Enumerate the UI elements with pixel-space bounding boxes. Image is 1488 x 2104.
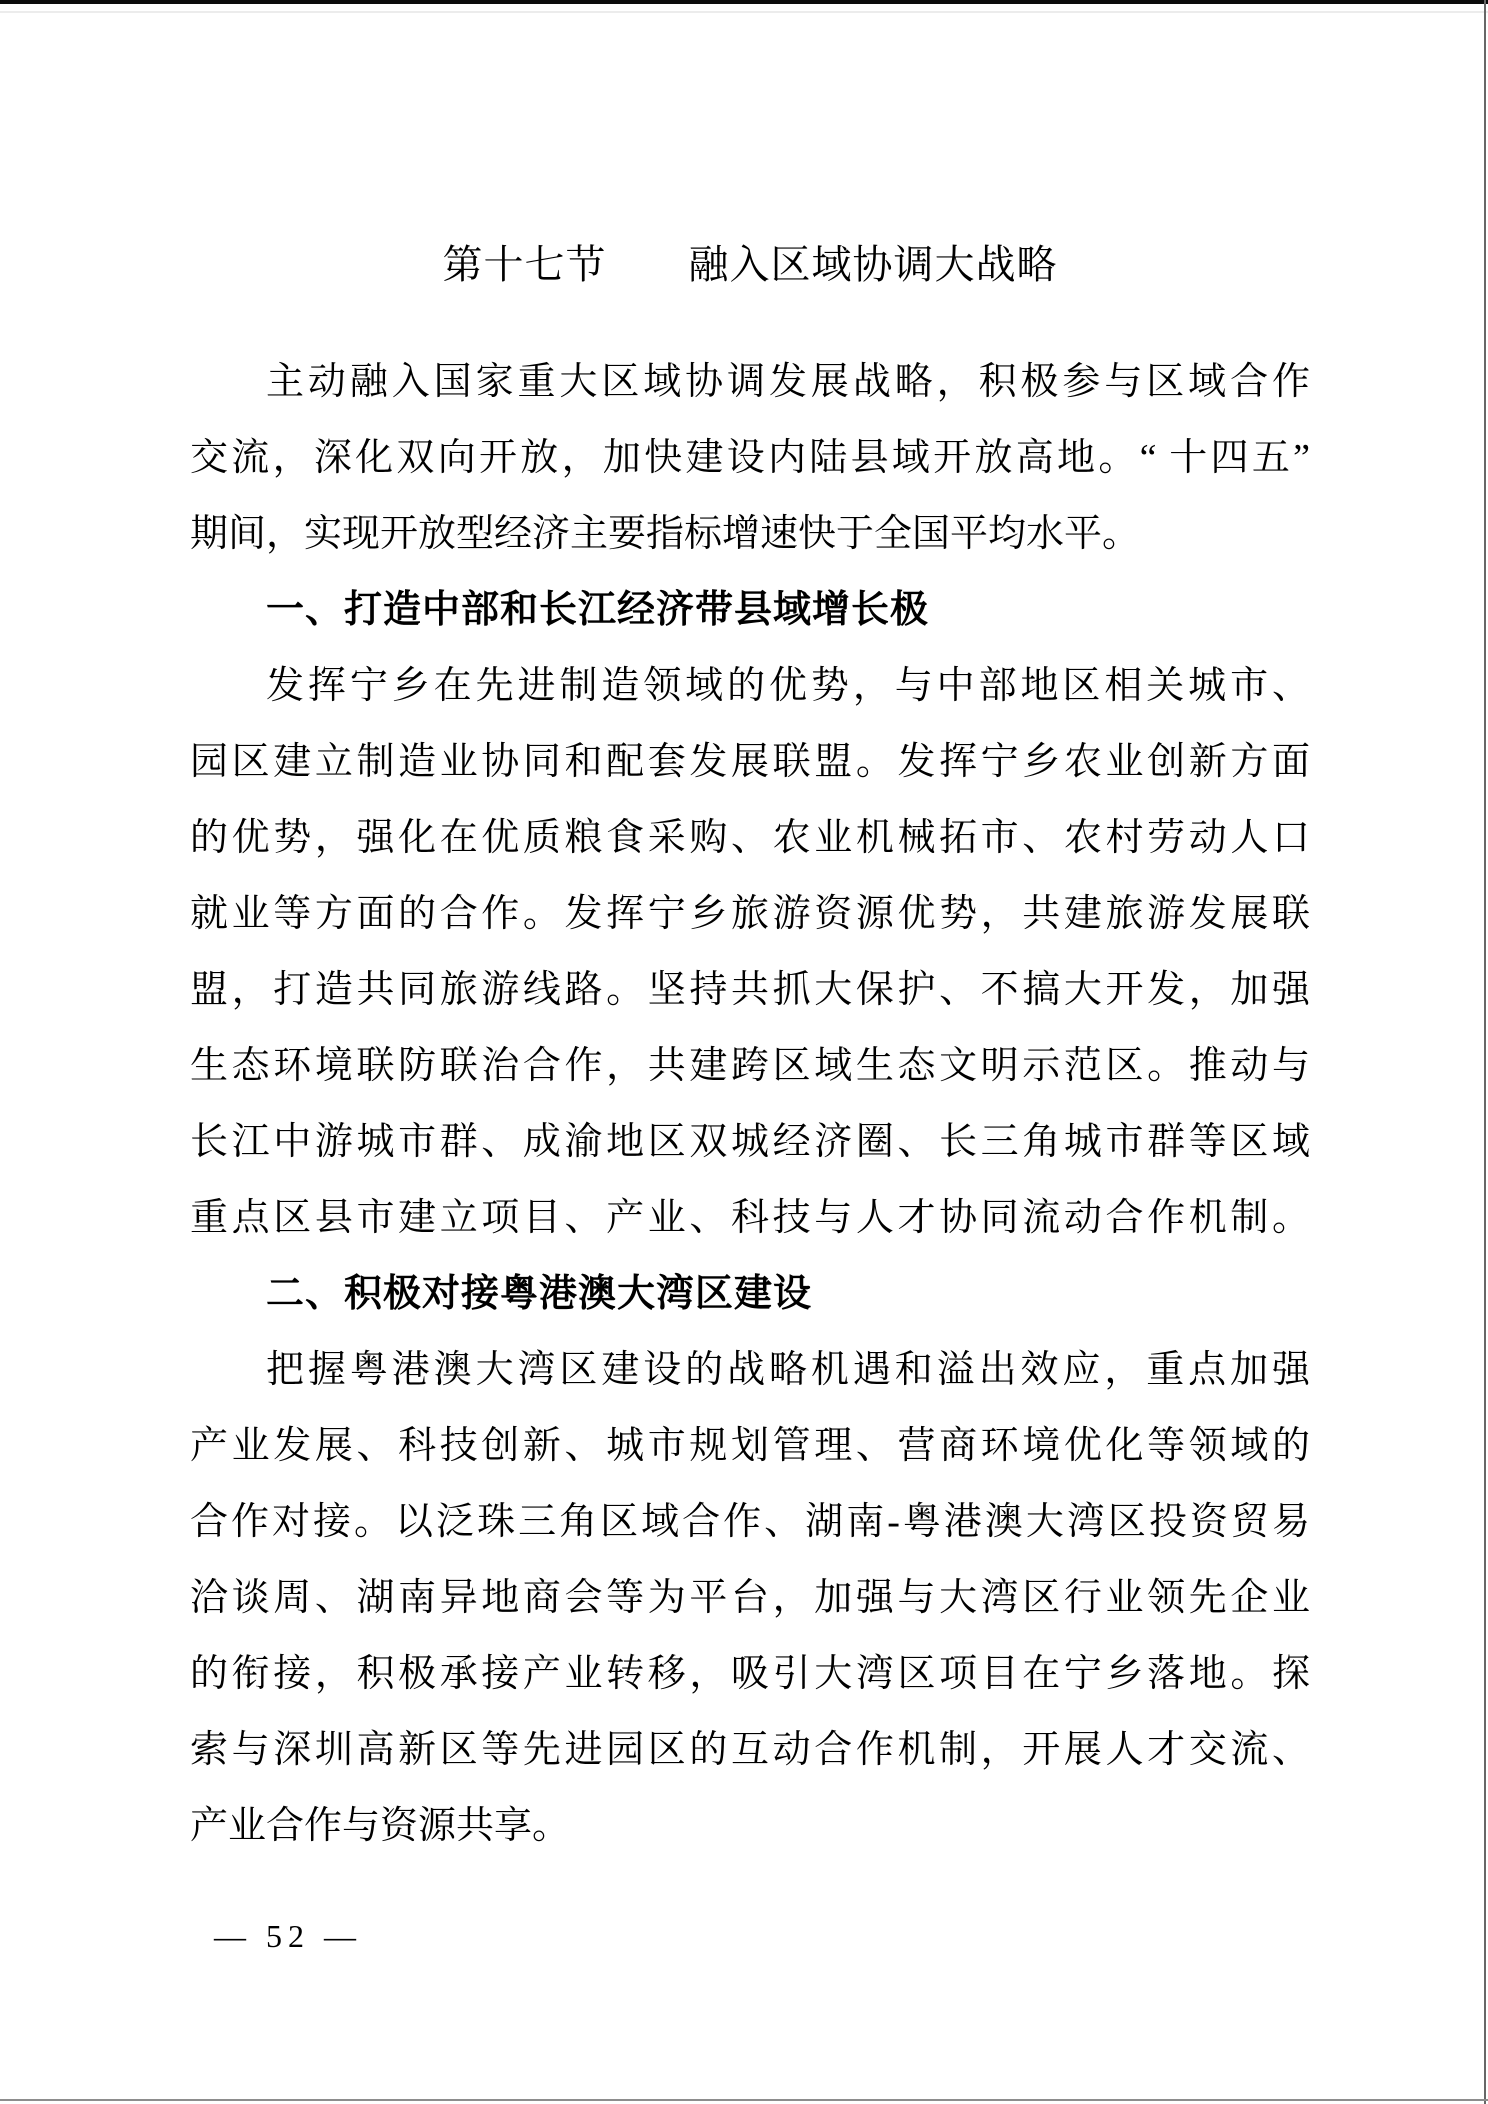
section-heading: 一、打造中部和长江经济带县域增长极	[190, 572, 1310, 648]
section-title: 第十七节 融入区域协调大战略	[190, 238, 1310, 292]
text-line: 长江中游城市群、成渝地区双城经济圈、长三角城市群等区域	[190, 1104, 1310, 1180]
text-line: 生态环境联防联治合作，共建跨区域生态文明示范区。推动与	[190, 1028, 1310, 1104]
text-line: 把握粤港澳大湾区建设的战略机遇和溢出效应，重点加强	[190, 1332, 1310, 1408]
text-line: 产业合作与资源共享。	[190, 1788, 1310, 1864]
page-top-faint-line	[0, 11, 1488, 13]
text-line: 重点区县市建立项目、产业、科技与人才协同流动合作机制。	[190, 1180, 1310, 1256]
text-line: 索与深圳高新区等先进园区的互动合作机制，开展人才交流、	[190, 1712, 1310, 1788]
text-line: 主动融入国家重大区域协调发展战略，积极参与区域合作	[190, 344, 1310, 420]
text-line: 园区建立制造业协同和配套发展联盟。发挥宁乡农业创新方面	[190, 724, 1310, 800]
text-line: 的优势，强化在优质粮食采购、农业机械拓市、农村劳动人口	[190, 800, 1310, 876]
text-line: 的衔接，积极承接产业转移，吸引大湾区项目在宁乡落地。探	[190, 1636, 1310, 1712]
section-heading: 二、积极对接粤港澳大湾区建设	[190, 1256, 1310, 1332]
text-line: 就业等方面的合作。发挥宁乡旅游资源优势，共建旅游发展联	[190, 876, 1310, 952]
text-line: 发挥宁乡在先进制造领域的优势，与中部地区相关城市、	[190, 648, 1310, 724]
text-line: 交流，深化双向开放，加快建设内陆县域开放高地。“ 十四五”	[190, 420, 1310, 496]
page-top-border	[0, 0, 1488, 4]
page-right-border	[1484, 0, 1486, 2104]
text-line: 合作对接。以泛珠三角区域合作、湖南-粤港澳大湾区投资贸易	[190, 1484, 1310, 1560]
page-bottom-border	[0, 2099, 1488, 2101]
document-body: 主动融入国家重大区域协调发展战略，积极参与区域合作交流，深化双向开放，加快建设内…	[190, 344, 1310, 1864]
text-line: 盟，打造共同旅游线路。坚持共抓大保护、不搞大开发，加强	[190, 952, 1310, 1028]
page-number: — 52 —	[214, 1912, 362, 1960]
text-line: 洽谈周、湖南异地商会等为平台，加强与大湾区行业领先企业	[190, 1560, 1310, 1636]
text-line: 产业发展、科技创新、城市规划管理、营商环境优化等领域的	[190, 1408, 1310, 1484]
text-line: 期间，实现开放型经济主要指标增速快于全国平均水平。	[190, 496, 1310, 572]
